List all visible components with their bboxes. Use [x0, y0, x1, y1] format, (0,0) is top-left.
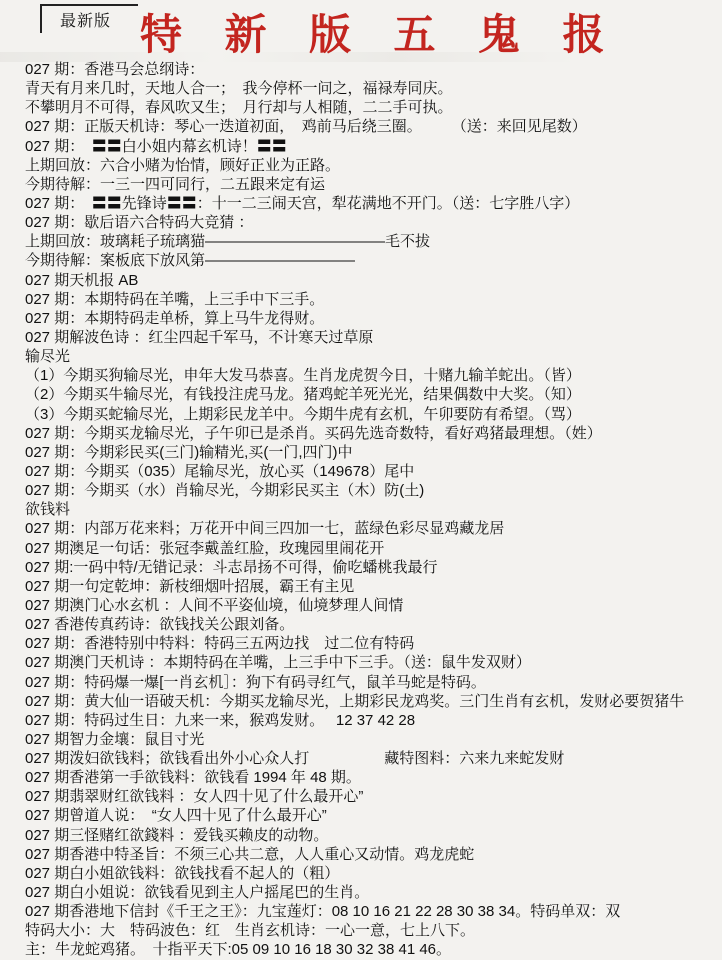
text-line: 027 期：香港马会总纲诗：: [0, 60, 722, 79]
text-line: 027 期白小姐欲钱料：欲钱找看不起人的（粗）: [0, 864, 722, 883]
lines: 027 期：香港马会总纲诗：青天有月来几时，天地人合一； 我今停杯一问之，福禄寿…: [0, 60, 722, 960]
text-line: 027 期：香港特别中特料：特码三五两边找 过二位有特码: [0, 634, 722, 653]
text-line: 027 期白小姐说：欲钱看见到主人户摇尾巴的生肖。: [0, 883, 722, 902]
text-line: （3）今期买蛇输尽光，上期彩民龙羊中。今期牛虎有玄机，午卯要防有希望。（骂）: [0, 405, 722, 424]
text-line: 027 期翡翠财红欲钱料 ：女人四十见了什么最开心”: [0, 787, 722, 806]
text-line: （1）今期买狗输尽光，申年大发马恭喜。生肖龙虎贺今日，十赌九输羊蛇出。（皆）: [0, 366, 722, 385]
text-line: 特码大小：大 特码波色：红 生肖玄机诗：一心一意，七上八下。: [0, 921, 722, 940]
text-line: 027 期智力金壤：鼠目寸光: [0, 730, 722, 749]
text-line: 027 期澳门天机诗 ：本期特码在羊嘴，上三手中下三手。（送：鼠牛发双财）: [0, 653, 722, 672]
page-title: 特 新 版 五 鬼 报: [140, 2, 700, 62]
text-line: 027 期一句定乾坤：新枝细烟叶招展，霸王有主见: [0, 577, 722, 596]
text-line: 027 期三怪赌红欲錢料 ：爱钱买赖皮的动物。: [0, 826, 722, 845]
text-line: 027 期澳足一句话：张冠李戴盖红脸，玫瑰园里闹花开: [0, 539, 722, 558]
text-line: 027 期：今期买龙输尽光，子午卯已是杀肖。买码先选奇数特，看好鸡猪最理想。（姓…: [0, 424, 722, 443]
text-line: 027 期：歇后语六合特码大竞猜 ：: [0, 213, 722, 232]
text-line: 027 期天机报 AB: [0, 271, 722, 290]
text-line: 027 期：特码过生日：九来一来，猴鸡发财。 12 37 42 28: [0, 711, 722, 730]
text-line: 027 期：本期特码在羊嘴，上三手中下三手。: [0, 290, 722, 309]
text-line: 027 期：内部万花来料；万花开中间三四加一七，蓝绿色彩尽显鸡藏龙居: [0, 519, 722, 538]
text-line: 027 期:一码中特/无错记录：斗志昂扬不可得，偷吃蟠桃我最行: [0, 558, 722, 577]
text-line: 不攀明月不可得，春风吹又生； 月行却与人相随，二二手可执。: [0, 98, 722, 117]
text-line: 青天有月来几时，天地人合一； 我今停杯一问之，福禄寿同庆。: [0, 79, 722, 98]
text-line: 027 期解波色诗 ：红尘四起千军马，不计寒天过草原: [0, 328, 722, 347]
text-line: 027 期：今期买（水）肖输尽光，今期彩民买主（木）防(土): [0, 481, 722, 500]
text-line: 欲钱料: [0, 500, 722, 519]
text-line: 027 期： 〓〓白小姐内幕玄机诗！〓〓: [0, 137, 722, 156]
text-line: 027 期香港第一手欲钱料：欲钱看 1994 年 48 期。: [0, 768, 722, 787]
text-line: 027 香港传真药诗：欲钱找关公跟刘备。: [0, 615, 722, 634]
text-line: 027 期：今期彩民买(三门)输精光,买(一门,四门)中: [0, 443, 722, 462]
latest-edition-label: 最新版: [60, 8, 111, 31]
text-line: 今期待解：一三一四可同行，二五跟来定有运: [0, 175, 722, 194]
text-line: 027 期香港中特圣旨：不须三心共二意，人人重心又动情。鸡龙虎蛇: [0, 845, 722, 864]
text-line: 上期回放：玻璃耗子琉璃猫————————————毛不拔: [0, 232, 722, 251]
lottery-tip-sheet: 最新版 特 新 版 五 鬼 报 027 期：香港马会总纲诗：青天有月来几时，天地…: [0, 0, 722, 960]
text-line: 027 期：今期买（035）尾输尽光，放心买（149678）尾中: [0, 462, 722, 481]
text-line: 上期回放：六合小赌为怡情，顾好正业为正路。: [0, 156, 722, 175]
text-line: 027 期：黄大仙一语破天机：今期买龙输尽光，上期彩民龙鸡奖。三门生肖有玄机，发…: [0, 692, 722, 711]
text-line: 027 期： 〓〓先锋诗〓〓：十一二三闹天宫，犁花满地不开门。（送：七字胜八字）: [0, 194, 722, 213]
text-line: 输尽光: [0, 347, 722, 366]
text-line: 027 期澳门心水玄机 ：人间不平姿仙境，仙境梦理人间情: [0, 596, 722, 615]
text-line: （2）今期买牛输尽光，有钱投注虎马龙。猪鸡蛇羊死光光，结果偶数中大奖。（知）: [0, 385, 722, 404]
text-line: 027 期曾道人说： “女人四十见了什么最开心”: [0, 806, 722, 825]
text-line: 027 期泼妇欲钱料；欲钱看出外小心众人打 藏特图料：六来九来蛇发财: [0, 749, 722, 768]
text-line: 027 期香港地下信封《千王之王》：九宝莲灯：08 10 16 21 22 28…: [0, 902, 722, 921]
text-line: 主：牛龙蛇鸡猪。 十指平天下:05 09 10 16 18 30 32 38 4…: [0, 940, 722, 959]
text-line: 027 期：正版天机诗：琴心一迭道初面， 鸡前马后绕三圈。 （送：来回见尾数）: [0, 117, 722, 136]
text-line: 027 期：特码爆一爆[一肖玄机］：狗下有码寻红气，鼠羊马蛇是特码。: [0, 673, 722, 692]
latest-edition-badge: 最新版: [40, 4, 138, 33]
text-line: 027 期：本期特码走单桥，算上马牛龙得财。: [0, 309, 722, 328]
text-line: 今期待解：案板底下放风第——————————: [0, 251, 722, 270]
